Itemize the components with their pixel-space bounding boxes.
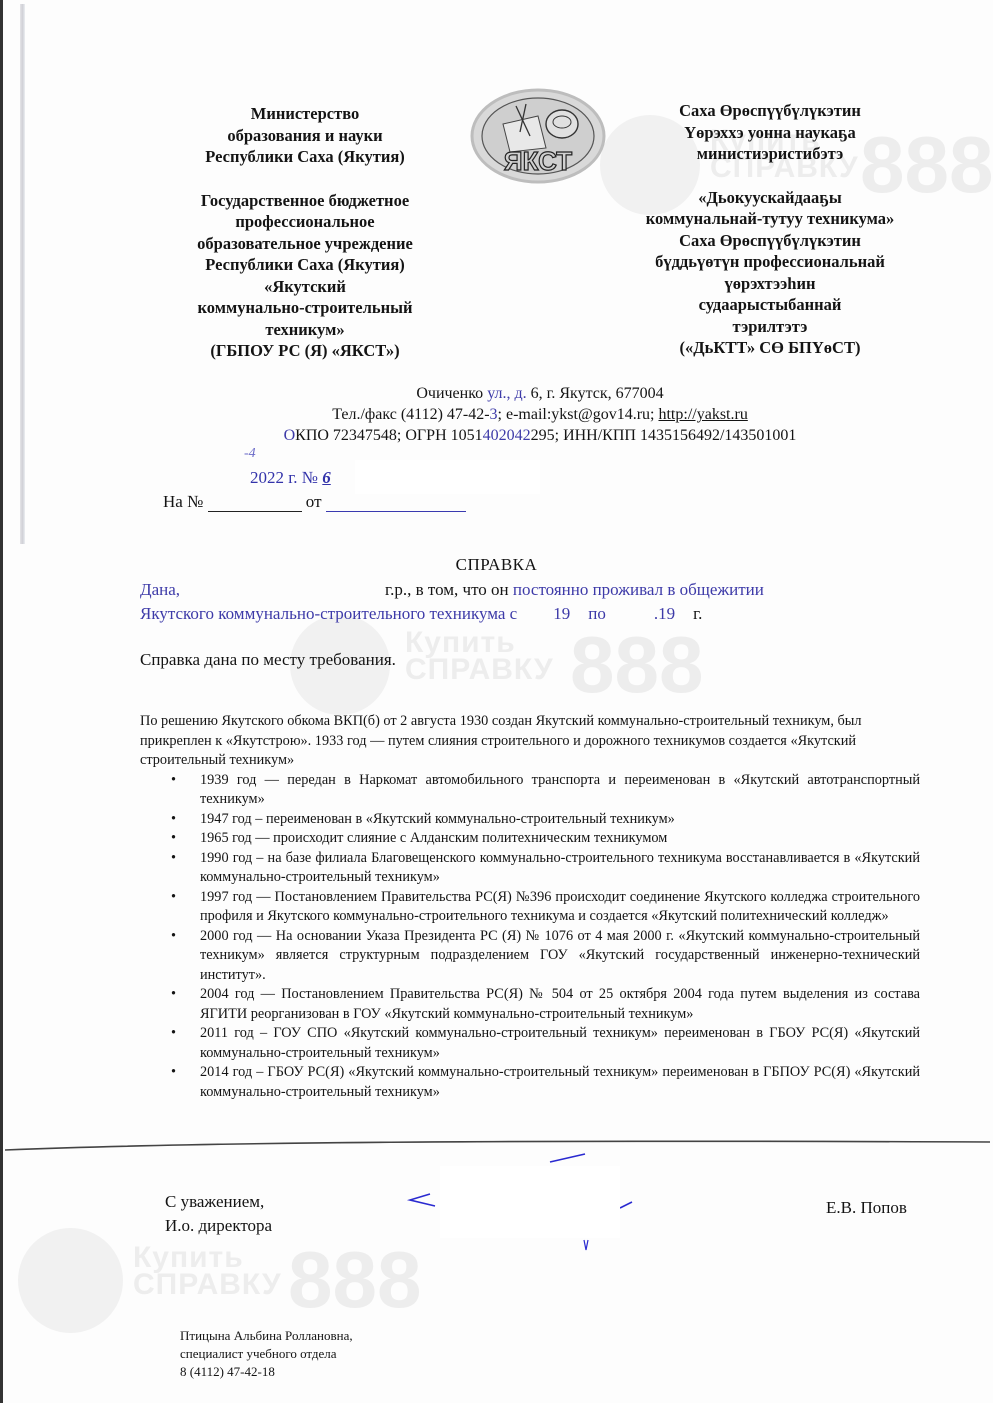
- website-link[interactable]: http://yakst.ru: [658, 406, 747, 423]
- history-item: 1997 год — Постановлением Правительства …: [200, 888, 920, 927]
- ministry-name-line: Саха Өрөспүүбүлүкэтин: [620, 100, 920, 122]
- history-item: 1939 год — передан в Наркомат автомобиль…: [200, 771, 920, 810]
- institution-name-line: Республики Саха (Якутия): [150, 254, 460, 276]
- phone-email-line: Тел./факс (4112) 47-42-3; e-mail:ykst@go…: [240, 404, 840, 425]
- watermark-number: 888: [570, 625, 703, 705]
- closing-regards: С уважением,: [165, 1190, 272, 1214]
- document-title: СПРАВКА: [0, 555, 993, 575]
- ministry-name-line: образования и науки: [150, 125, 460, 147]
- letterhead-right: Саха Өрөспүүбүлүкэтин Үөрэхxэ уонна наук…: [620, 100, 920, 359]
- college-emblem-icon: ЯКСТ: [468, 86, 608, 186]
- incoming-reference: На № от: [163, 492, 466, 512]
- institution-name-line: техникум»: [150, 319, 460, 341]
- registration-codes-line: ОКПО 72347548; ОГРН 1051402042295; ИНН/К…: [240, 425, 840, 446]
- ministry-name-line: Республики Саха (Якутия): [150, 146, 460, 168]
- history-list: 1939 год — передан в Наркомат автомобиль…: [140, 771, 920, 1103]
- history-item: 2011 год – ГОУ СПО «Якутский коммунально…: [200, 1024, 920, 1063]
- institution-name-line: Саха Өрөспүүбүлүкэтин: [620, 230, 920, 252]
- contact-person-phone: 8 (4112) 47-42-18: [180, 1363, 353, 1381]
- institution-name-line: судаарыстыбаннай: [620, 294, 920, 316]
- outgoing-number: 2022 г. № 6: [250, 468, 331, 488]
- watermark-text: Купить: [405, 629, 554, 656]
- institution-name-line: «Якутский: [150, 276, 460, 298]
- institution-name-line: үөрэхтээһин: [620, 273, 920, 295]
- certificate-body: Дана,г.р., в том, что он постоянно прожи…: [140, 578, 860, 626]
- signatory-name: Е.В. Попов: [826, 1198, 907, 1218]
- handwritten-mark: -4: [244, 446, 256, 462]
- watermark-bottom-left: КупитьСПРАВКУ 888: [18, 1228, 418, 1338]
- institution-name-line: бүддьүөтүн профессиональнай: [620, 251, 920, 273]
- contact-person: Птицына Альбина Роллановна, специалист у…: [180, 1327, 353, 1381]
- address-line: Очиченко ул., д. 6, г. Якутск, 677004: [240, 383, 840, 404]
- history-intro: По решению Якутского обкома ВКП(б) от 2 …: [140, 712, 920, 771]
- ministry-name-line: Министерство: [150, 103, 460, 125]
- history-item: 1990 год – на базе филиала Благовещенско…: [200, 849, 920, 888]
- institution-name-line: профессиональное: [150, 211, 460, 233]
- letterhead-left: Министерство образования и науки Республ…: [150, 103, 460, 362]
- institution-abbreviation: (ГБПОУ РС (Я) «ЯКСТ»): [150, 340, 460, 362]
- scan-fold-shadow: [20, 4, 25, 544]
- contact-person-role: специалист учебного отдела: [180, 1345, 353, 1363]
- contact-block: Очиченко ул., д. 6, г. Якутск, 677004 Те…: [240, 383, 840, 446]
- institution-name-line: коммунальнай-тутуу техникума»: [620, 208, 920, 230]
- watermark-logo-icon: [18, 1228, 123, 1333]
- ministry-name-line: министиэристибэтэ: [620, 143, 920, 165]
- signatory-position: И.о. директора: [165, 1214, 272, 1238]
- svg-text:ЯКСТ: ЯКСТ: [504, 146, 572, 176]
- history-item: 1947 год – переименован в «Якутский комм…: [200, 810, 920, 830]
- institution-name-line: образовательное учреждение: [150, 233, 460, 255]
- history-item: 2000 год — На основании Указа Президента…: [200, 927, 920, 986]
- watermark-text: СПРАВКУ: [405, 656, 554, 683]
- history-item: 1965 год — происходит слияние с Алдански…: [200, 829, 920, 849]
- signature-scribble-icon: [400, 1150, 640, 1260]
- scan-edge: [0, 0, 3, 1403]
- history-item: 2004 год — Постановлением Правительства …: [200, 985, 920, 1024]
- ministry-name-line: Үөрэхxэ уонна наукаҕа: [620, 122, 920, 144]
- institution-name-line: тэрилтэтэ: [620, 316, 920, 338]
- institution-name-line: Государственное бюджетное: [150, 190, 460, 212]
- redaction-box: [355, 460, 540, 494]
- certificate-purpose: Справка дана по месту требования.: [140, 650, 396, 670]
- watermark-text: СПРАВКУ: [133, 1271, 282, 1298]
- signature-block: С уважением, И.о. директора: [165, 1190, 272, 1238]
- institution-abbreviation: («ДьКТТ» СӨ БПҮөСТ): [620, 337, 920, 359]
- watermark-middle: КупитьСПРАВКУ 888: [290, 615, 710, 725]
- college-history: По решению Якутского обкома ВКП(б) от 2 …: [140, 712, 920, 1102]
- history-item: 2014 год – ГБОУ РС(Я) «Якутский коммунал…: [200, 1063, 920, 1102]
- institution-name-line: «Дьокуускайдааҕы: [620, 187, 920, 209]
- watermark-text: Купить: [133, 1244, 282, 1271]
- institution-name-line: коммунально-строительный: [150, 297, 460, 319]
- contact-person-name: Птицына Альбина Роллановна,: [180, 1327, 353, 1345]
